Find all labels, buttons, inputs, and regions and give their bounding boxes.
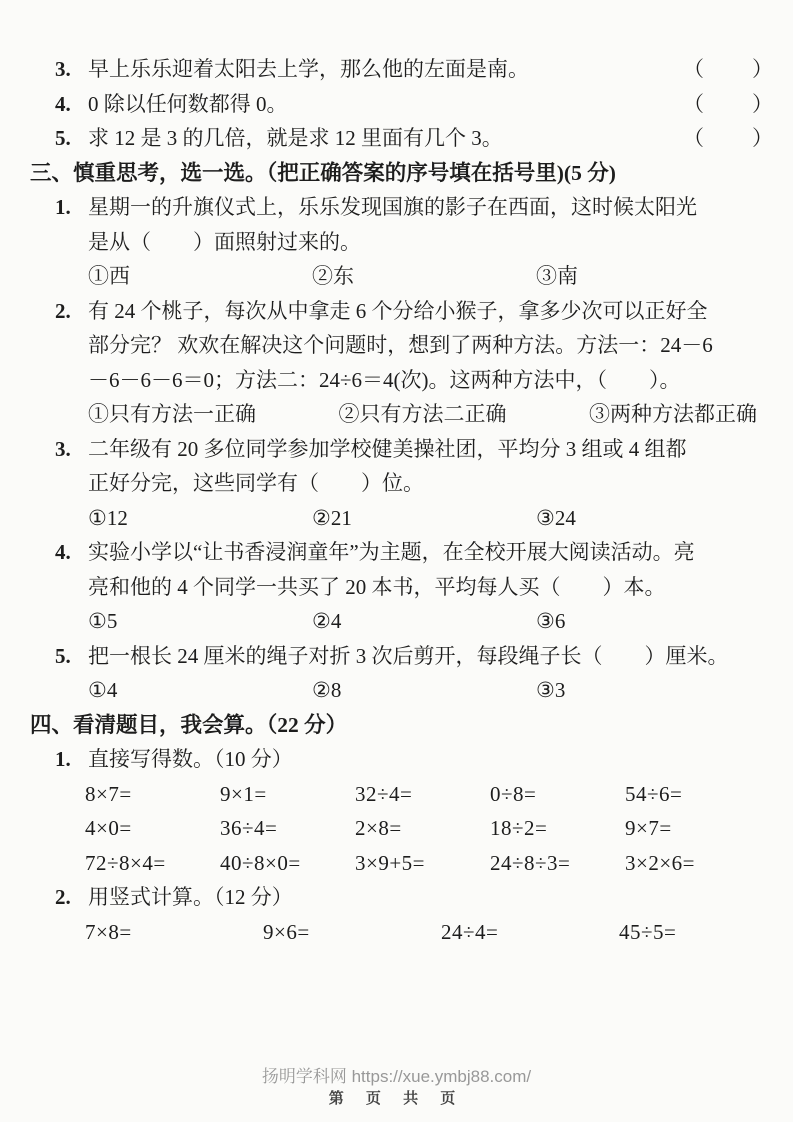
math-expression: 9×1= (220, 777, 355, 812)
option-1: ①12 (88, 501, 312, 536)
question-body: 二年级有 20 多位同学参加学校健美操社团，平均分 3 组或 4 组都 正好分完… (88, 432, 761, 536)
oral-calculation-row-3: 72÷8×4= 40÷8×0= 3×9+5= 24÷8÷3= 3×2×6= (30, 846, 761, 881)
sub-question-title: 直接写得数。（10 分） (88, 742, 293, 777)
page-footer: 扬明学科网 https://xue.ymbj88.com/ 第 页 共 页 (0, 1066, 793, 1109)
sub-question-2: 2. 用竖式计算。（12 分） (30, 880, 761, 915)
math-expression: 7×8= (85, 915, 263, 950)
options-row: ①5 ②4 ③6 (88, 604, 761, 639)
options-row: ①4 ②8 ③3 (88, 673, 761, 708)
question-number: 1. (55, 190, 88, 225)
question-text-line: 部分完？ 欢欢在解决这个问题时，想到了两种方法。方法一：24－6 (88, 328, 761, 363)
sub-question-title: 用竖式计算。（12 分） (88, 880, 293, 915)
math-expression: 36÷4= (220, 811, 355, 846)
answer-parens: （ ） (683, 87, 761, 122)
option-2: ②4 (312, 604, 536, 639)
option-3: ③两种方法都正确 (589, 397, 757, 432)
question-text-line: 是从（ ）面照射过来的。 (88, 225, 761, 260)
math-expression: 18÷2= (490, 811, 625, 846)
question-text-line: 星期一的升旗仪式上，乐乐发现国旗的影子在西面，这时候太阳光 (88, 190, 761, 225)
watermark-site-url: 扬明学科网 https://xue.ymbj88.com/ (0, 1066, 793, 1087)
answer-parens: （ ） (683, 121, 761, 156)
math-expression: 3×9+5= (355, 846, 490, 881)
question-text-line: 有 24 个桃子，每次从中拿走 6 个分给小猴子，拿多少次可以正好全 (88, 294, 761, 329)
math-expression: 0÷8= (490, 777, 625, 812)
choice-question-2: 2. 有 24 个桃子，每次从中拿走 6 个分给小猴子，拿多少次可以正好全 部分… (30, 294, 761, 432)
vertical-calculation-row: 7×8= 9×6= 24÷4= 45÷5= (30, 915, 761, 950)
question-body: 星期一的升旗仪式上，乐乐发现国旗的影子在西面，这时候太阳光 是从（ ）面照射过来… (88, 190, 761, 294)
option-3: ③24 (536, 501, 761, 536)
question-number: 4. (55, 535, 88, 570)
math-expression: 24÷4= (441, 915, 619, 950)
question-text-line: －6－6－6＝0；方法二：24÷6＝4(次)。这两种方法中，（ ）。 (88, 363, 761, 398)
question-text-line: 实验小学以“让书香浸润童年”为主题，在全校开展大阅读活动。亮 (88, 535, 761, 570)
math-expression: 40÷8×0= (220, 846, 355, 881)
option-2: ②东 (312, 259, 536, 294)
math-expression: 8×7= (85, 777, 220, 812)
question-text-line: 正好分完，这些同学有（ ）位。 (88, 466, 761, 501)
option-3: ③3 (536, 673, 761, 708)
paper-content: 3. 早上乐乐迎着太阳去上学，那么他的左面是南。 （ ） 4. 0 除以任何数都… (0, 0, 793, 949)
oral-calculation-row-2: 4×0= 36÷4= 2×8= 18÷2= 9×7= (30, 811, 761, 846)
question-text: 早上乐乐迎着太阳去上学，那么他的左面是南。 (88, 52, 683, 87)
option-3: ③南 (536, 259, 761, 294)
options-row: ①12 ②21 ③24 (88, 501, 761, 536)
math-expression: 9×6= (263, 915, 441, 950)
math-expression: 9×7= (625, 811, 760, 846)
question-text-line: 亮和他的 4 个同学一共买了 20 本书，平均每人买（ ）本。 (88, 570, 761, 605)
question-body: 实验小学以“让书香浸润童年”为主题，在全校开展大阅读活动。亮 亮和他的 4 个同… (88, 535, 761, 639)
option-1: ①4 (88, 673, 312, 708)
option-2: ②只有方法二正确 (339, 397, 507, 432)
answer-parens: （ ） (683, 52, 761, 87)
math-expression: 24÷8÷3= (490, 846, 625, 881)
question-text-line: 把一根长 24 厘米的绳子对折 3 次后剪开，每段绳子长（ ）厘米。 (88, 639, 761, 674)
math-expression: 72÷8×4= (85, 846, 220, 881)
option-1: ①只有方法一正确 (88, 397, 256, 432)
math-expression: 54÷6= (625, 777, 760, 812)
question-text: 求 12 是 3 的几倍，就是求 12 里面有几个 3。 (88, 121, 683, 156)
options-row: ①西 ②东 ③南 (88, 259, 761, 294)
option-3: ③6 (536, 604, 761, 639)
question-number: 5. (55, 639, 88, 674)
question-number: 2. (55, 880, 88, 915)
question-body: 把一根长 24 厘米的绳子对折 3 次后剪开，每段绳子长（ ）厘米。 ①4 ②8… (88, 639, 761, 708)
math-expression: 2×8= (355, 811, 490, 846)
true-false-item-3: 3. 早上乐乐迎着太阳去上学，那么他的左面是南。 （ ） (30, 52, 761, 87)
choice-question-1: 1. 星期一的升旗仪式上，乐乐发现国旗的影子在西面，这时候太阳光 是从（ ）面照… (30, 190, 761, 294)
section-4-heading: 四、看清题目，我会算。（22 分） (30, 708, 761, 743)
test-paper-page: 3. 早上乐乐迎着太阳去上学，那么他的左面是南。 （ ） 4. 0 除以任何数都… (0, 0, 793, 1122)
sub-question-1: 1. 直接写得数。（10 分） (30, 742, 761, 777)
math-expression: 4×0= (85, 811, 220, 846)
option-1: ①西 (88, 259, 312, 294)
page-number-line: 第 页 共 页 (0, 1089, 793, 1109)
question-number: 3. (55, 432, 88, 467)
math-expression: 3×2×6= (625, 846, 760, 881)
options-row: ①只有方法一正确 ②只有方法二正确 ③两种方法都正确 (88, 397, 761, 432)
math-expression: 32÷4= (355, 777, 490, 812)
section-3-heading: 三、慎重思考，选一选。（把正确答案的序号填在括号里)(5 分) (30, 156, 761, 191)
question-number: 1. (55, 742, 88, 777)
choice-question-3: 3. 二年级有 20 多位同学参加学校健美操社团，平均分 3 组或 4 组都 正… (30, 432, 761, 536)
question-number: 3. (55, 52, 88, 87)
true-false-item-4: 4. 0 除以任何数都得 0。 （ ） (30, 87, 761, 122)
question-number: 5. (55, 121, 88, 156)
question-number: 2. (55, 294, 88, 329)
question-number: 4. (55, 87, 88, 122)
math-expression: 45÷5= (619, 915, 793, 950)
option-2: ②8 (312, 673, 536, 708)
option-1: ①5 (88, 604, 312, 639)
option-2: ②21 (312, 501, 536, 536)
oral-calculation-row-1: 8×7= 9×1= 32÷4= 0÷8= 54÷6= (30, 777, 761, 812)
choice-question-5: 5. 把一根长 24 厘米的绳子对折 3 次后剪开，每段绳子长（ ）厘米。 ①4… (30, 639, 761, 708)
question-text: 0 除以任何数都得 0。 (88, 87, 683, 122)
question-text-line: 二年级有 20 多位同学参加学校健美操社团，平均分 3 组或 4 组都 (88, 432, 761, 467)
true-false-item-5: 5. 求 12 是 3 的几倍，就是求 12 里面有几个 3。 （ ） (30, 121, 761, 156)
choice-question-4: 4. 实验小学以“让书香浸润童年”为主题，在全校开展大阅读活动。亮 亮和他的 4… (30, 535, 761, 639)
question-body: 有 24 个桃子，每次从中拿走 6 个分给小猴子，拿多少次可以正好全 部分完？ … (88, 294, 761, 432)
